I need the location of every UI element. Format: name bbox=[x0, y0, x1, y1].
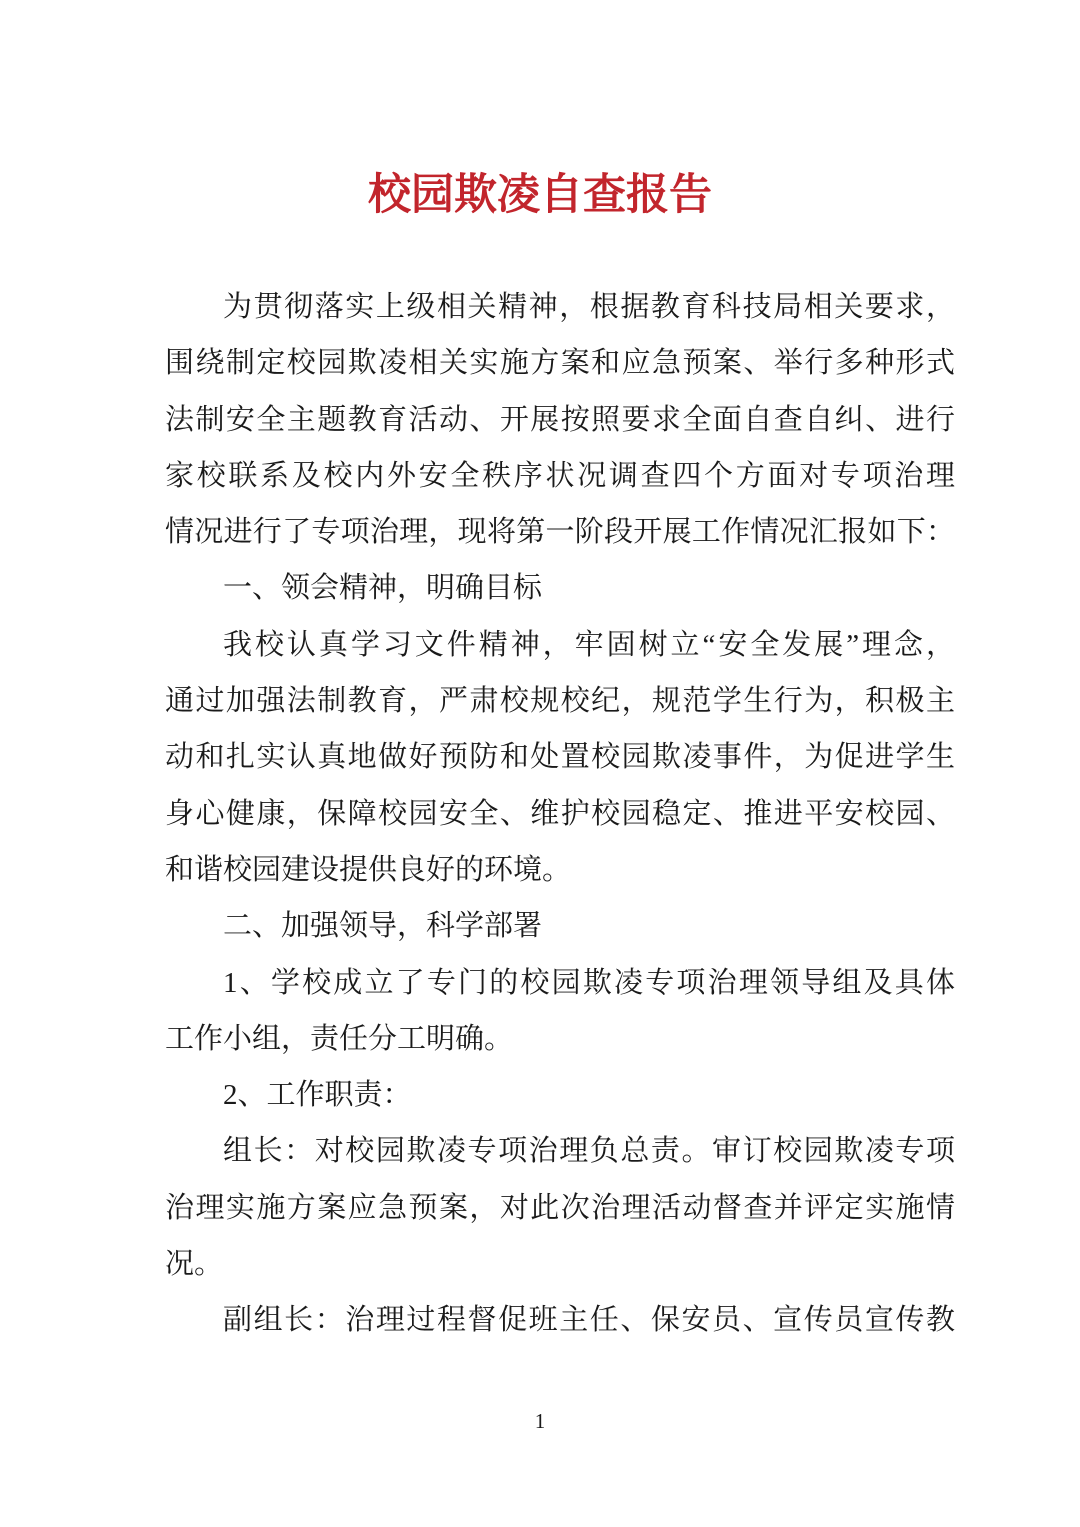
document-body: 为贯彻落实上级相关精神，根据教育科技局相关要求， 围绕制定校园欺凌相关实施方案和… bbox=[165, 279, 955, 1349]
document-line: 2、工作职责： bbox=[165, 1067, 955, 1123]
document-line: 和谐校园建设提供良好的环境。 bbox=[165, 842, 955, 898]
document-page: 校园欺凌自查报告 为贯彻落实上级相关精神，根据教育科技局相关要求， 围绕制定校园… bbox=[0, 0, 1080, 1527]
document-line: 围绕制定校园欺凌相关实施方案和应急预案、举行多种形式 bbox=[165, 335, 955, 391]
document-line: 动和扎实认真地做好预防和处置校园欺凌事件，为促进学生 bbox=[165, 729, 955, 785]
page-number: 1 bbox=[0, 1406, 1080, 1436]
document-line: 家校联系及校内外安全秩序状况调查四个方面对专项治理 bbox=[165, 448, 955, 504]
document-line: 副组长：治理过程督促班主任、保安员、宣传员宣传教 bbox=[165, 1292, 955, 1348]
document-line: 通过加强法制教育，严肃校规校纪，规范学生行为，积极主 bbox=[165, 673, 955, 729]
document-line: 身心健康，保障校园安全、维护校园稳定、推进平安校园、 bbox=[165, 786, 955, 842]
document-title: 校园欺凌自查报告 bbox=[0, 168, 1080, 224]
document-line: 组长：对校园欺凌专项治理负总责。审订校园欺凌专项 bbox=[165, 1123, 955, 1179]
document-line: 为贯彻落实上级相关精神，根据教育科技局相关要求， bbox=[165, 279, 955, 335]
document-line: 工作小组，责任分工明确。 bbox=[165, 1011, 955, 1067]
document-line: 法制安全主题教育活动、开展按照要求全面自查自纠、进行 bbox=[165, 392, 955, 448]
document-line: 我校认真学习文件精神，牢固树立“安全发展”理念， bbox=[165, 617, 955, 673]
document-line: 况。 bbox=[165, 1236, 955, 1292]
document-heading: 一、领会精神，明确目标 bbox=[165, 560, 955, 616]
document-heading: 二、加强领导，科学部署 bbox=[165, 898, 955, 954]
document-line: 治理实施方案应急预案，对此次治理活动督查并评定实施情 bbox=[165, 1180, 955, 1236]
document-line: 1、学校成立了专门的校园欺凌专项治理领导组及具体 bbox=[165, 955, 955, 1011]
document-line: 情况进行了专项治理，现将第一阶段开展工作情况汇报如下： bbox=[165, 504, 955, 560]
